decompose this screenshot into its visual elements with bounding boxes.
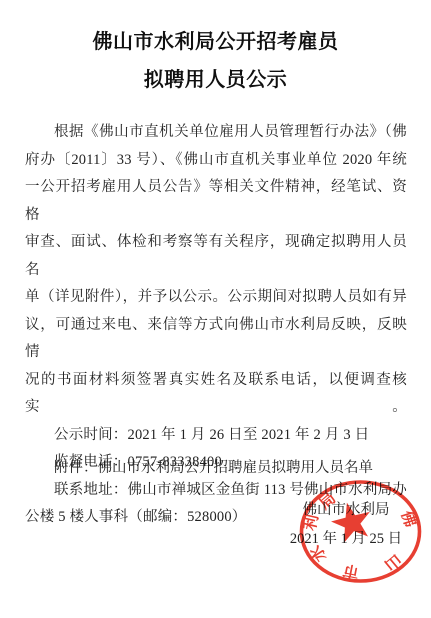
body-line-2: 府办〔2011〕33 号）、《佛山市直机关事业单位 2020 年统 xyxy=(25,147,407,175)
attachment-line: 附件：佛山市水利局公开招聘雇员拟聘用人员名单 xyxy=(25,460,407,477)
seal-character-4: 水 xyxy=(306,542,330,565)
document-title-line-2: 拟聘用人员公示 xyxy=(0,69,431,91)
document-title-line-1: 佛山市水利局公开招考雇员 xyxy=(0,31,431,53)
body-line-1: 根据《佛山市直机关单位雇用人员管理暂行办法》（佛 xyxy=(25,119,407,147)
body-line-6: 议，可通过来电、来信等方式向佛山市水利局反映，反映情 xyxy=(25,312,407,367)
seal-character-1: 佛 xyxy=(398,508,421,529)
body-line-7: 况的书面材料须签署真实姓名及联系电话，以便调查核实。 xyxy=(25,367,407,422)
document-page: 佛山市水利局公开招考雇员 拟聘用人员公示 根据《佛山市直机关单位雇用人员管理暂行… xyxy=(0,0,431,618)
body-line-3: 一公开招考雇用人员公告》等相关文件精神，经笔试、资格 xyxy=(25,174,407,229)
body-line-5: 单（详见附件），并予以公示。公示期间对拟聘人员如有异 xyxy=(25,284,407,312)
seal-character-6: 局 xyxy=(315,489,339,513)
body-line-4: 审查、面试、体检和考察等有关程序，现确定拟聘用人员名 xyxy=(25,229,407,284)
publicity-period-line: 公示时间：2021 年 1 月 26 日至 2021 年 2 月 3 日 xyxy=(25,422,407,450)
seal-character-2: 山 xyxy=(381,550,405,574)
official-seal-stamp: 佛 山 市 水 利 局 xyxy=(296,478,426,588)
